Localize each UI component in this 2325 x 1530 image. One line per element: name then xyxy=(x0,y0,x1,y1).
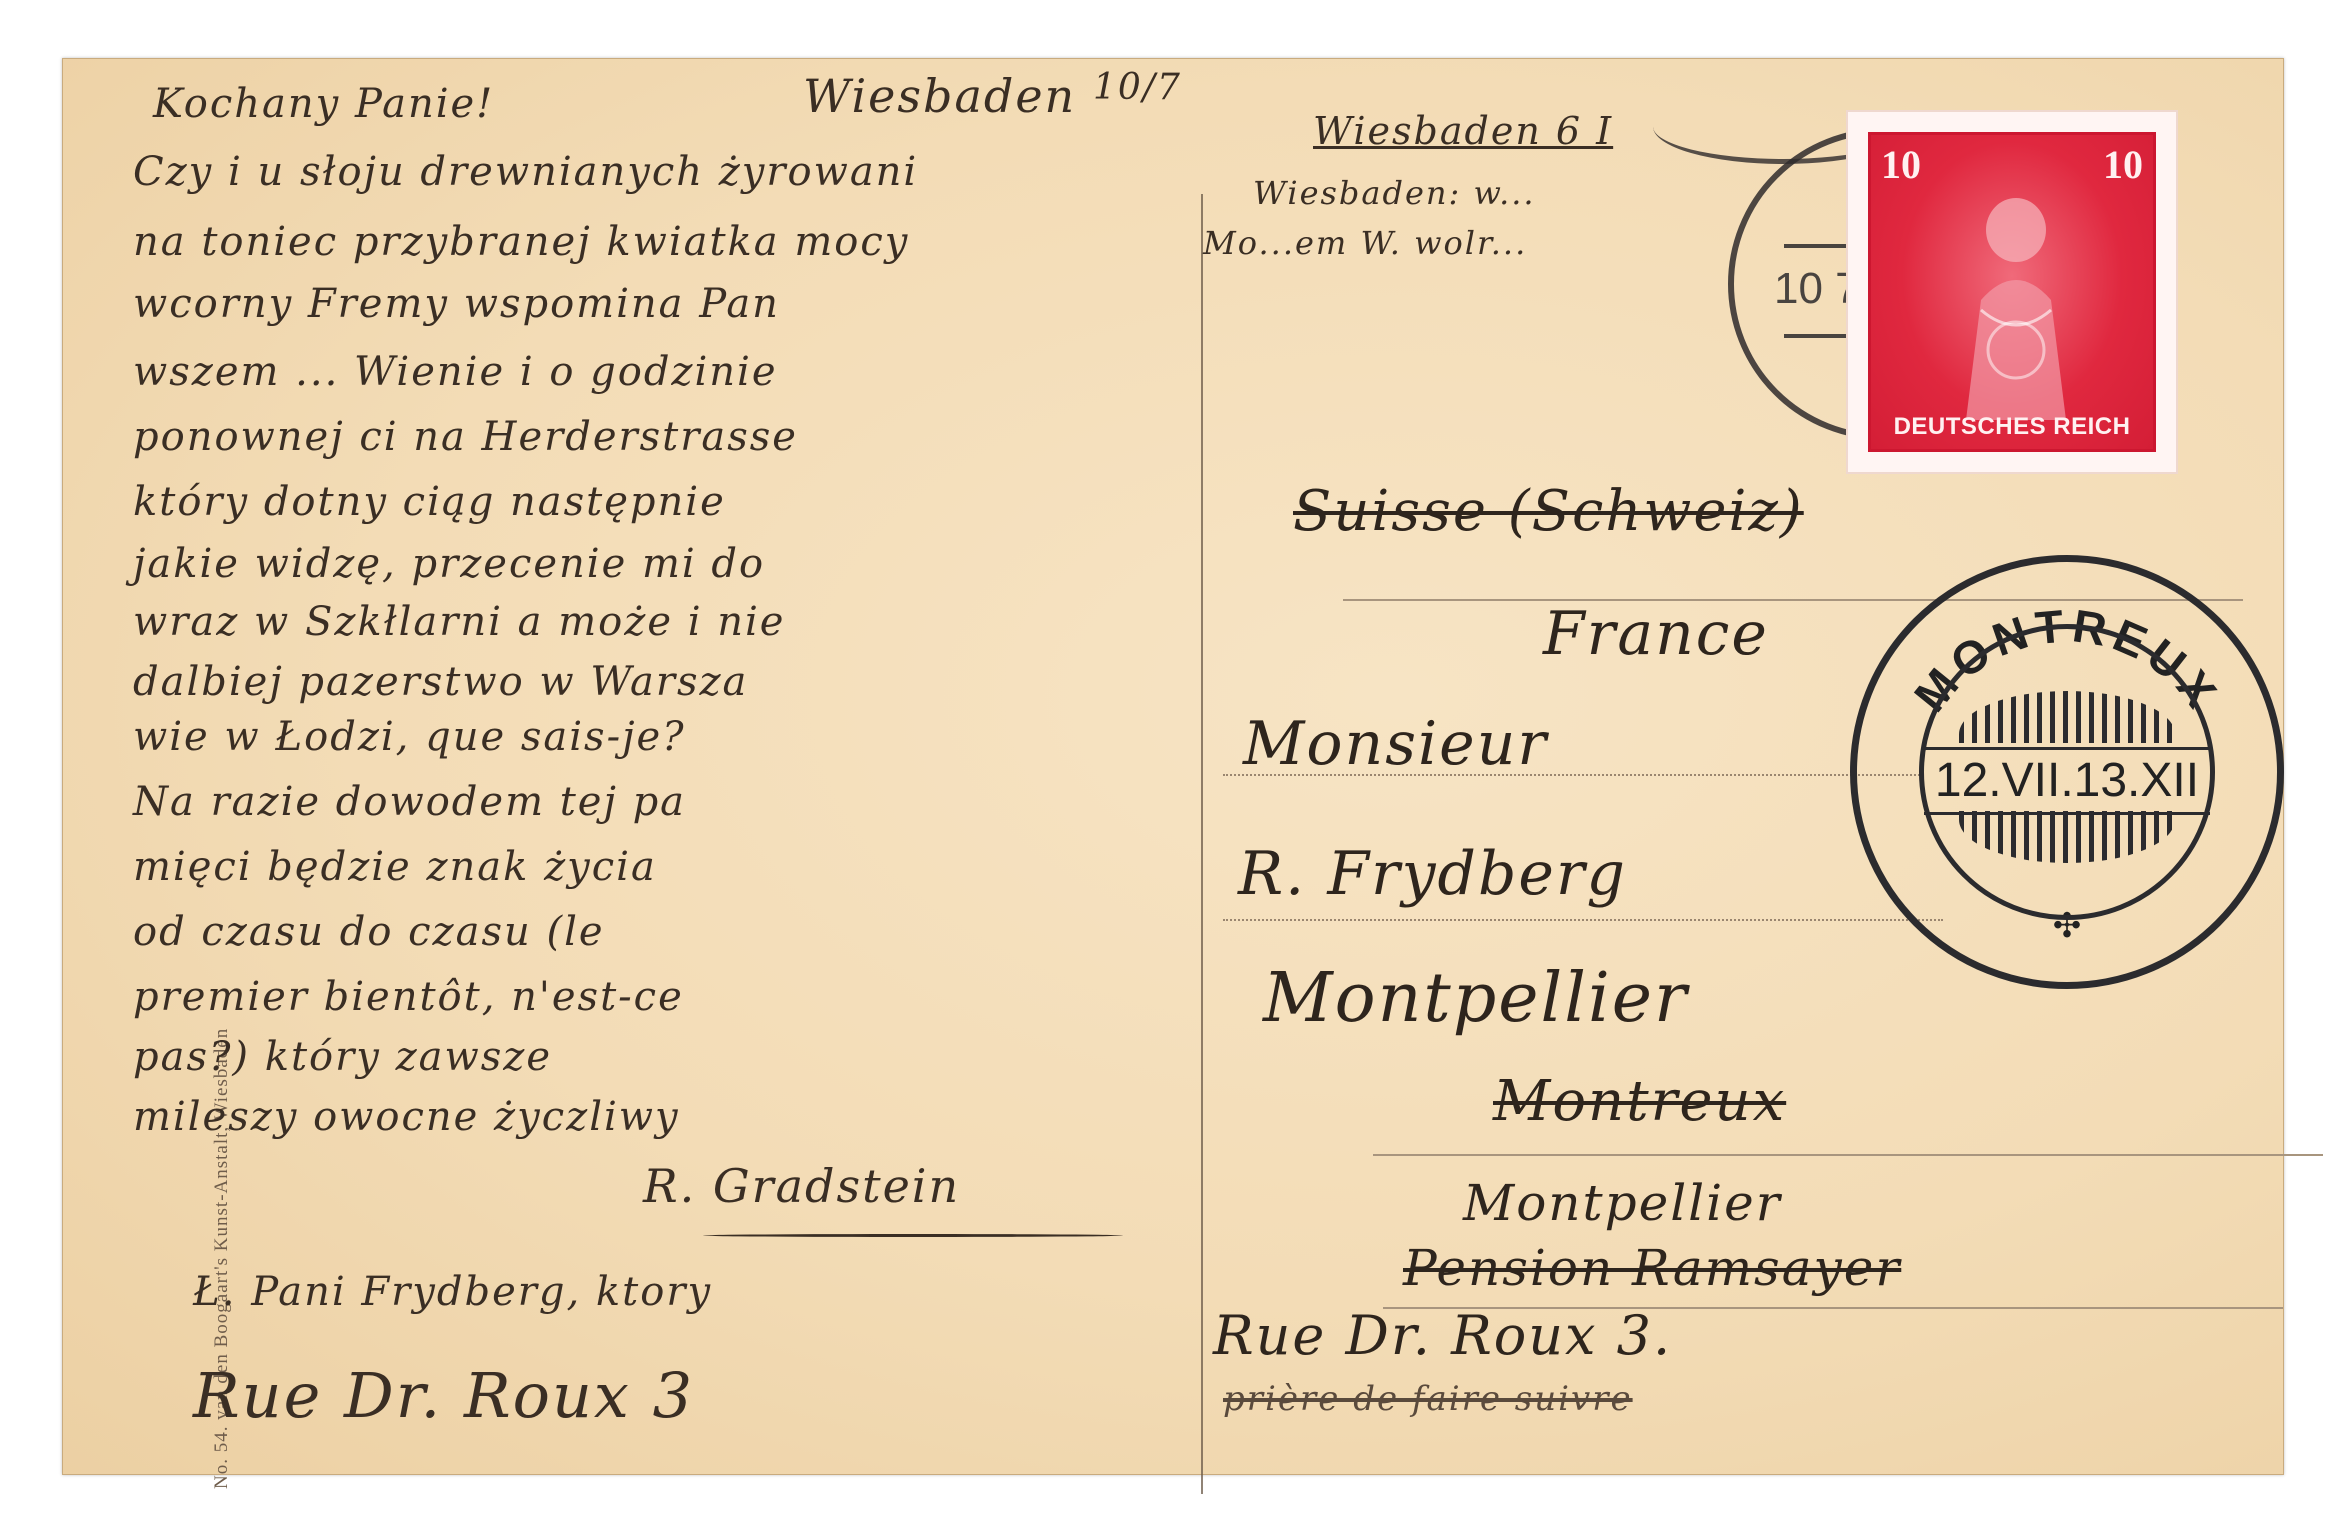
message-line: od czasu do czasu (le xyxy=(133,909,605,955)
message-line: premier bientôt, n'est-ce xyxy=(133,974,684,1020)
place: Wiesbaden xyxy=(803,69,1076,123)
postscript-address: Rue Dr. Roux 3 xyxy=(193,1359,694,1432)
salutation: Monsieur xyxy=(1243,709,1548,779)
address-line-1 xyxy=(1223,774,1923,776)
street: Rue Dr. Roux 3. xyxy=(1213,1304,1672,1367)
message-line: dalbiej pazerstwo w Warsza xyxy=(133,659,748,705)
postscript: Ł. Pani Frydberg, ktory xyxy=(193,1269,712,1315)
stamp-value-right: 10 xyxy=(2103,141,2143,188)
message-line: Czy i u słoju drewnianych żyrowani xyxy=(133,149,918,195)
stamp-label: DEUTSCHES REICH xyxy=(1871,413,2153,441)
montreux-postmark-date: 12.VII.13.XII xyxy=(1924,747,2210,815)
message-line: mięci będzie znak życia xyxy=(133,844,657,890)
message-line: Na razie dowodem tej pa xyxy=(133,779,686,825)
scribble: Mo...em W. wolr... xyxy=(1203,224,1527,262)
message-line: jakie widzę, przecenie mi do xyxy=(133,541,765,587)
signature: R. Gradstein xyxy=(643,1159,960,1213)
message-line: wie w Łodzi, que sais-je? xyxy=(133,714,686,760)
signature-flourish xyxy=(703,1234,1123,1237)
message-line: mileszy owocne życzliwy xyxy=(133,1094,680,1140)
greeting: Kochany Panie! xyxy=(153,81,494,127)
message-line: który dotny ciąg następnie xyxy=(133,479,726,525)
struck-footer: prière de faire suivre xyxy=(1223,1379,1633,1419)
city-new: Montpellier xyxy=(1263,959,1688,1038)
postage-stamp: 10 10 DEUTSCHES REICH xyxy=(1848,112,2176,472)
message-line: wraz w Szkłlarni a może i nie xyxy=(133,599,785,645)
recipient: R. Frydberg xyxy=(1238,839,1627,909)
address-line-2 xyxy=(1223,919,1943,921)
stamp-value-left: 10 xyxy=(1881,141,1921,188)
reference-note: Wiesbaden 6 I xyxy=(1313,109,1613,153)
city-repeat: Montpellier xyxy=(1463,1174,1782,1232)
message-line: wcorny Fremy wspomina Pan xyxy=(133,281,780,327)
country-struck: Suisse (Schweiz) xyxy=(1293,479,1804,544)
date: 10/7 xyxy=(1093,67,1182,108)
message-line: ponownej ci na Herderstrasse xyxy=(133,414,798,460)
struck-line: Pension Ramsayer xyxy=(1403,1239,1901,1297)
center-divider xyxy=(1201,194,1203,1494)
message-line: wszem ... Wienie i o godzinie xyxy=(133,349,778,395)
country: France xyxy=(1543,599,1769,669)
rule xyxy=(1373,1154,2323,1156)
germania-figure-icon xyxy=(1926,190,2106,420)
montreux-postmark: MONTREUX ✣ 12.VII.13.XII xyxy=(1850,555,2284,989)
message-line: pas?) który zawsze xyxy=(133,1034,552,1080)
city-struck: Montreux xyxy=(1493,1069,1786,1134)
scribble: Wiesbaden: w... xyxy=(1253,174,1536,212)
message-line: na toniec przybranej kwiatka mocy xyxy=(133,219,909,265)
